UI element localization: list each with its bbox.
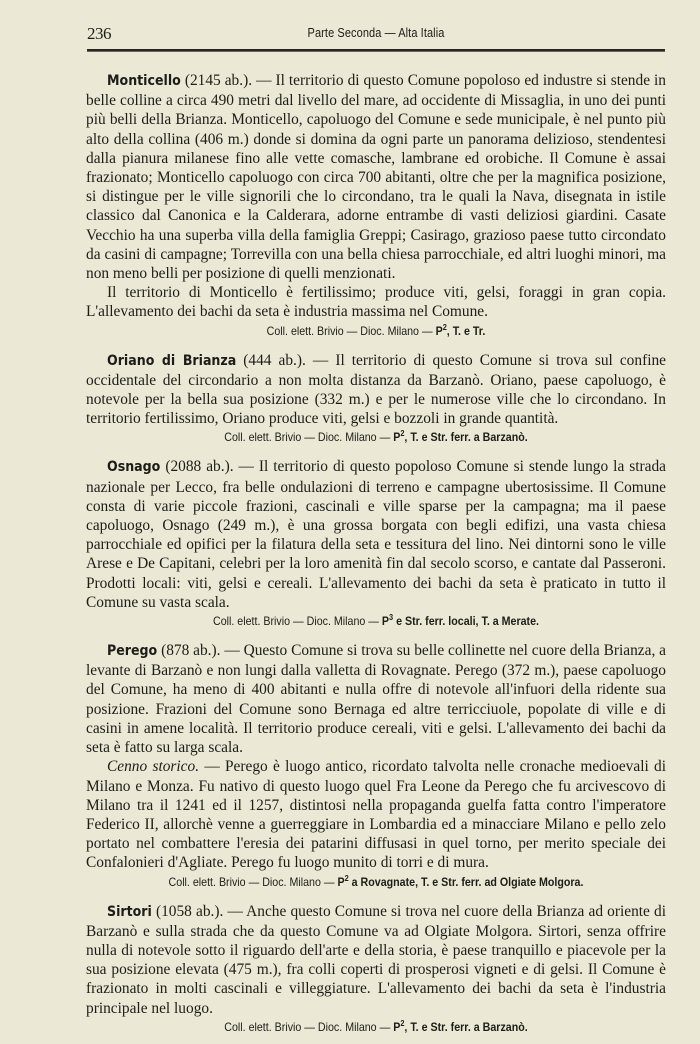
running-title: Parte Seconda — Alta Italia [122, 26, 631, 40]
entry-name: Osnago [107, 459, 160, 475]
book-page: 236 Parte Seconda — Alta Italia Monticel… [0, 0, 700, 1044]
page-body: Monticello (2145 ab.). — Il territorio d… [86, 71, 666, 1044]
entry-text: — Il territorio di questo popoloso Comun… [86, 458, 666, 610]
entry-monticello: Monticello (2145 ab.). — Il territorio d… [86, 71, 666, 340]
entry-population: (444 ab.). [243, 352, 306, 369]
entry-osnago: Osnago (2088 ab.). — Il territorio di qu… [86, 457, 666, 630]
electoral-info: Coll. elett. Brivio — Dioc. Milano — P2,… [109, 324, 643, 340]
electoral-info: Coll. elett. Brivio — Dioc. Milano — P2 … [109, 875, 643, 891]
electoral-info: Coll. elett. Brivio — Dioc. Milano — P2,… [109, 1020, 643, 1036]
entry-sirtori: Sirtori (1058 ab.). — Anche questo Comun… [86, 902, 666, 1036]
entry-paragraph: Sirtori (1058 ab.). — Anche questo Comun… [86, 902, 666, 1018]
entry-paragraph: Osnago (2088 ab.). — Il territorio di qu… [86, 457, 666, 612]
entry-oriano-di-brianza: Oriano di Brianza (444 ab.). — Il territ… [86, 351, 666, 447]
entry-paragraph: Il territorio di Monticello è fertilissi… [86, 283, 666, 321]
electoral-info: Coll. elett. Brivio — Dioc. Milano — P3 … [109, 614, 643, 630]
page-number: 236 [87, 24, 111, 44]
entry-name: Monticello [107, 73, 181, 89]
entry-perego: Perego (878 ab.). — Questo Comune si tro… [86, 641, 666, 890]
entry-population: (2088 ab.). [165, 458, 233, 475]
historical-note: Cenno storico. — Perego è luogo antico, … [86, 757, 666, 872]
entry-paragraph: Oriano di Brianza (444 ab.). — Il territ… [86, 351, 666, 429]
electoral-info: Coll. elett. Brivio — Dioc. Milano — P2,… [109, 430, 643, 446]
entry-name: Perego [107, 643, 157, 659]
entry-text: — Il territorio di questo Comune popolos… [86, 72, 666, 282]
entry-population: (1058 ab.). [156, 903, 223, 920]
entry-population: (2145 ab.). [185, 72, 252, 89]
running-head: 236 Parte Seconda — Alta Italia [87, 24, 665, 46]
entry-text: — Questo Comune si trova su belle collin… [86, 642, 666, 756]
entry-name: Sirtori [107, 904, 152, 920]
entry-paragraph: Perego (878 ab.). — Questo Comune si tro… [86, 641, 666, 757]
historical-label: Cenno storico. [107, 758, 199, 775]
entry-population: (878 ab.). [161, 642, 220, 659]
entry-name: Oriano di Brianza [107, 353, 236, 369]
entry-paragraph: Monticello (2145 ab.). — Il territorio d… [86, 71, 666, 283]
header-rule [87, 49, 665, 52]
